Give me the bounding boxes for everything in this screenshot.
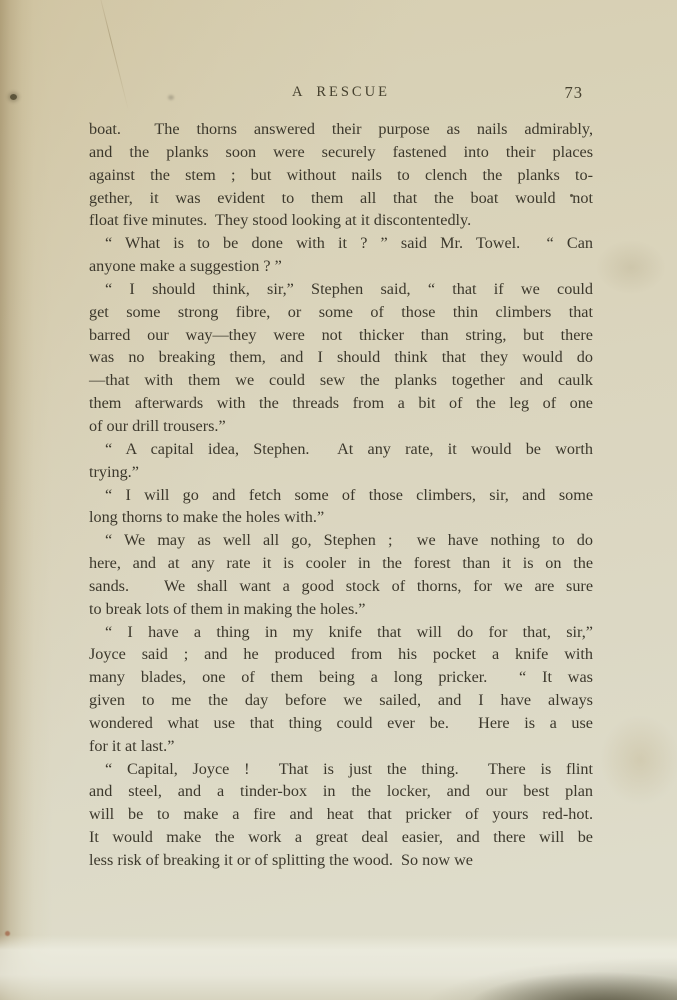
- text-line: “ I should think, sir,” Stephen said, “ …: [89, 278, 593, 301]
- paragraph: “ We may as well all go, Stephen ; we ha…: [89, 529, 593, 620]
- text-line: “ I will go and fetch some of those clim…: [89, 484, 593, 507]
- text-line: “ What is to be done with it ? ” said Mr…: [89, 232, 593, 255]
- text-line: barred our way—they were not thicker tha…: [89, 324, 593, 347]
- text-line: to break lots of them in making the hole…: [89, 598, 593, 621]
- paragraph: “ I have a thing in my knife that will d…: [89, 621, 593, 758]
- ink-speck: [10, 94, 17, 100]
- text-line: gether, it was evident to them all that …: [89, 187, 593, 210]
- text-line: many blades, one of them being a long pr…: [89, 666, 593, 689]
- page-number: 73: [565, 83, 584, 103]
- text-line: float five minutes. They stood looking a…: [89, 209, 593, 232]
- running-head: A RESCUE 73: [89, 84, 593, 104]
- text-line: trying.”: [89, 461, 593, 484]
- text-line: anyone make a suggestion ? ”: [89, 255, 593, 278]
- text-line: and the planks soon were securely fasten…: [89, 141, 593, 164]
- text-line: Joyce said ; and he produced from his po…: [89, 643, 593, 666]
- text-line: here, and at any rate it is cooler in th…: [89, 552, 593, 575]
- text-line: —that with them we could sew the planks …: [89, 369, 593, 392]
- text-line: given to me the day before we sailed, an…: [89, 689, 593, 712]
- text-line: against the stem ; but without nails to …: [89, 164, 593, 187]
- paper-stain: [600, 715, 677, 805]
- paragraph: “ Capital, Joyce ! That is just the thin…: [89, 758, 593, 872]
- text-line: “ We may as well all go, Stephen ; we ha…: [89, 529, 593, 552]
- text-line: less risk of breaking it or of splitting…: [89, 849, 593, 872]
- paragraph: boat. The thorns answered their purpose …: [89, 118, 593, 232]
- ink-speck: [5, 931, 10, 936]
- paragraph: “ I should think, sir,” Stephen said, “ …: [89, 278, 593, 438]
- text-line: for it at last.”: [89, 735, 593, 758]
- book-page: A RESCUE 73 boat. The thorns answered th…: [0, 0, 677, 1000]
- text-line: boat. The thorns answered their purpose …: [89, 118, 593, 141]
- paragraph: “ A capital idea, Stephen. At any rate, …: [89, 438, 593, 484]
- text-line: “ Capital, Joyce ! That is just the thin…: [89, 758, 593, 781]
- chapter-title: A RESCUE: [89, 84, 593, 101]
- text-line: was no breaking them, and I should think…: [89, 346, 593, 369]
- text-line: sands. We shall want a good stock of tho…: [89, 575, 593, 598]
- text-line: long thorns to make the holes with.”: [89, 506, 593, 529]
- text-line: It would make the work a great deal easi…: [89, 826, 593, 849]
- text-line: will be to make a fire and heat that pri…: [89, 803, 593, 826]
- text-line: wondered what use that thing could ever …: [89, 712, 593, 735]
- text-line: get some strong fibre, or some of those …: [89, 301, 593, 324]
- text-line: “ I have a thing in my knife that will d…: [89, 621, 593, 644]
- paper-stain: [596, 240, 666, 295]
- text-line: “ A capital idea, Stephen. At any rate, …: [89, 438, 593, 461]
- text-block: boat. The thorns answered their purpose …: [89, 118, 593, 872]
- paragraph: “ I will go and fetch some of those clim…: [89, 484, 593, 530]
- text-line: of our drill trousers.”: [89, 415, 593, 438]
- text-line: and steel, and a tinder-box in the locke…: [89, 780, 593, 803]
- paragraph: “ What is to be done with it ? ” said Mr…: [89, 232, 593, 278]
- text-line: them afterwards with the threads from a …: [89, 392, 593, 415]
